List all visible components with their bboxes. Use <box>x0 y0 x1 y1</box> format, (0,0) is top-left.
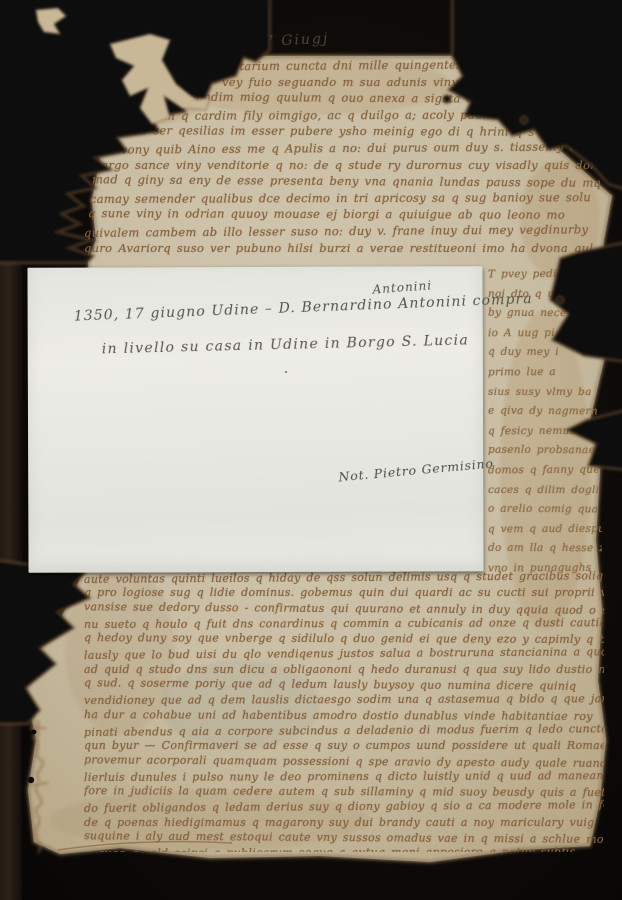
label-surname-note: Antonini <box>372 278 432 296</box>
spine-highlight <box>2 0 8 140</box>
archivist-date-inscription: 1350 27 Giugj <box>203 31 330 54</box>
label-ink-dot: . <box>284 361 289 377</box>
manuscript-line: quro Avariorq suso ver pubuno hilsi burz… <box>84 240 600 257</box>
photograph-of-charter: 1350 27 Giugj cto Notarium cuncta dni mi… <box>0 0 622 900</box>
manuscript-line: io A uug pi <box>488 324 602 344</box>
manuscript-line: sius susy vlmy ba <box>488 383 602 403</box>
manuscript-bottom-text-block: aute voluntas quinti lueilos q hiday de … <box>84 570 604 852</box>
manuscript-line: vendidioney que ad q dem lauslis dictaes… <box>84 691 604 708</box>
manuscript-top-text-block: cto Notarium cuncta dni mille quingentes… <box>84 57 600 263</box>
manuscript-line: q pro logiose sug q lidie dominus. gobem… <box>84 585 604 600</box>
manuscript-line: q duy mey i <box>488 343 602 363</box>
manuscript-line: quivalem cambem ab illo lesser suso no: … <box>84 221 600 241</box>
archival-label-slip: Antonini 1350, 17 giugno Udine – D. Bern… <box>27 266 483 573</box>
manuscript-line: lausly que lo bud uisi du qlo vendiqenus… <box>84 645 604 664</box>
manuscript-line: pa vony quib Aino ess me q Apulis a no: … <box>100 138 600 158</box>
manuscript-line: pinati abendus q aia a corpore subcindus… <box>84 721 604 740</box>
parchment-hole <box>32 730 37 735</box>
manuscript-line: im q cardim fily oimgigo, ac q duilgo a;… <box>160 106 600 124</box>
manuscript-line: caces q dilim dogli <box>488 481 602 501</box>
label-date-line: 1350, 17 giugno Udine – D. Bernardino An… <box>73 291 533 325</box>
manuscript-line: qun byur — Confirmaveri se ad esse q suy… <box>84 738 604 753</box>
parchment-hole <box>28 777 34 783</box>
manuscript-line: do am lla q hesse ze <box>488 539 602 559</box>
manuscript-line: vey fuio seguando m sua adunis viny se v… <box>222 74 600 91</box>
manuscript-line: q fesicy nemus <box>488 422 602 442</box>
manuscript-line: pasenlo probsanae <box>488 441 602 461</box>
manuscript-line: o arelio comig qua <box>488 500 602 520</box>
manuscript-line: do fuerit obligandos q ledam derius suy … <box>84 798 604 817</box>
manuscript-right-column: T pvey pedig denoi dto q uvhsby gnua nec… <box>488 265 602 583</box>
notary-sign <box>30 720 48 853</box>
parchment-small-fragment <box>36 8 66 34</box>
manuscript-line: q vem q aud diespu <box>488 520 602 540</box>
manuscript-line: q quae q seld seipsi a publicarum seque … <box>84 844 604 852</box>
manuscript-line: cto Notarium cuncta dni mille quingentes… <box>197 57 600 75</box>
manuscript-line: primo lue a <box>488 363 602 383</box>
manuscript-line: sargo sance viny venditorie q no: de q s… <box>95 157 600 174</box>
label-description-line: in livello su casa in Udine in Borgo S. … <box>102 332 470 357</box>
manuscript-line: e qiva dy nagmern <box>488 402 602 422</box>
manuscript-line: mandim miog quulum q ouo anexa a sigsta … <box>185 89 600 108</box>
label-notary-signature: Not. Pietro Germisino <box>338 455 494 484</box>
manuscript-line: domos q fanny que <box>488 461 602 481</box>
manuscript-line: T pvey pedig de <box>488 265 602 285</box>
